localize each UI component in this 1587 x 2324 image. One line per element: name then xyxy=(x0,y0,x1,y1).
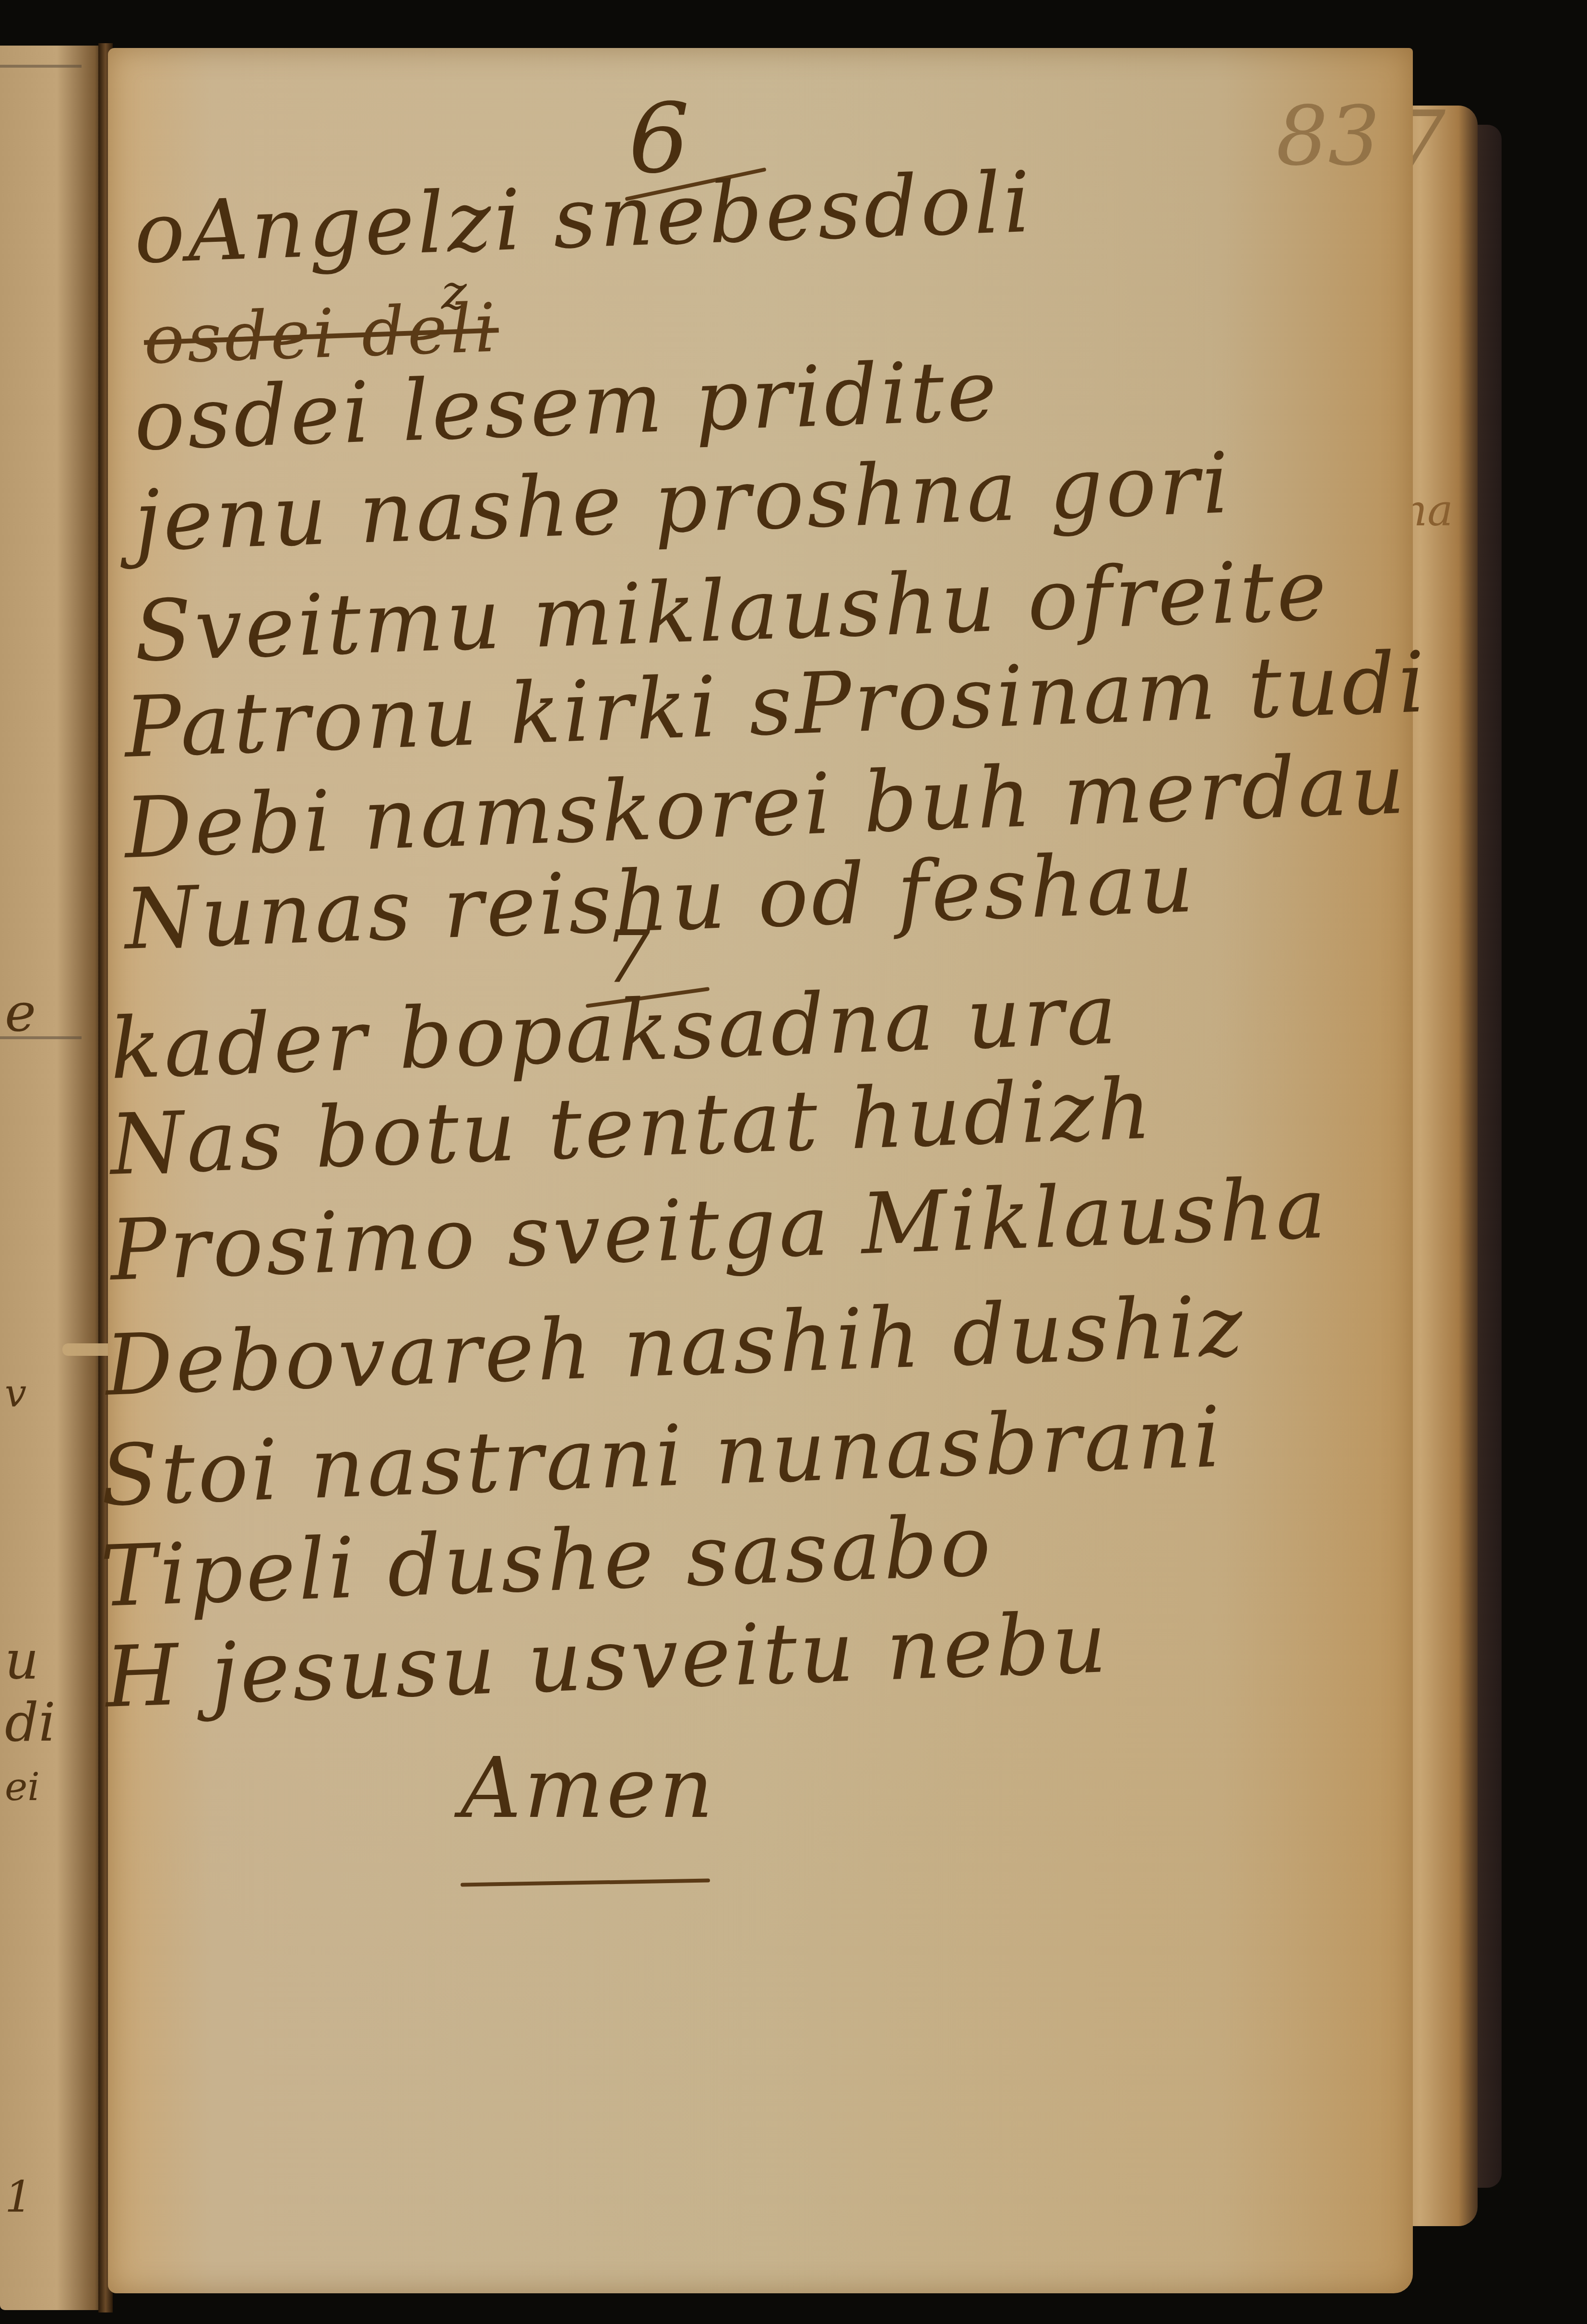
left-fragment-text: e xyxy=(5,986,36,1039)
left-page-fragment: e v u di ei 1 xyxy=(0,46,103,2310)
folio-number: 83 xyxy=(1276,96,1380,178)
ruled-line xyxy=(0,1036,82,1039)
closing-amen: Amen xyxy=(461,1746,716,1830)
left-fragment-text: 1 xyxy=(5,2176,32,2219)
left-fragment-text: v xyxy=(5,1375,26,1413)
left-fragment-text: u xyxy=(5,1634,39,1686)
left-fragment-text: di xyxy=(5,1696,56,1749)
left-fragment-text: ei xyxy=(5,1768,40,1806)
ruled-line xyxy=(0,65,82,68)
